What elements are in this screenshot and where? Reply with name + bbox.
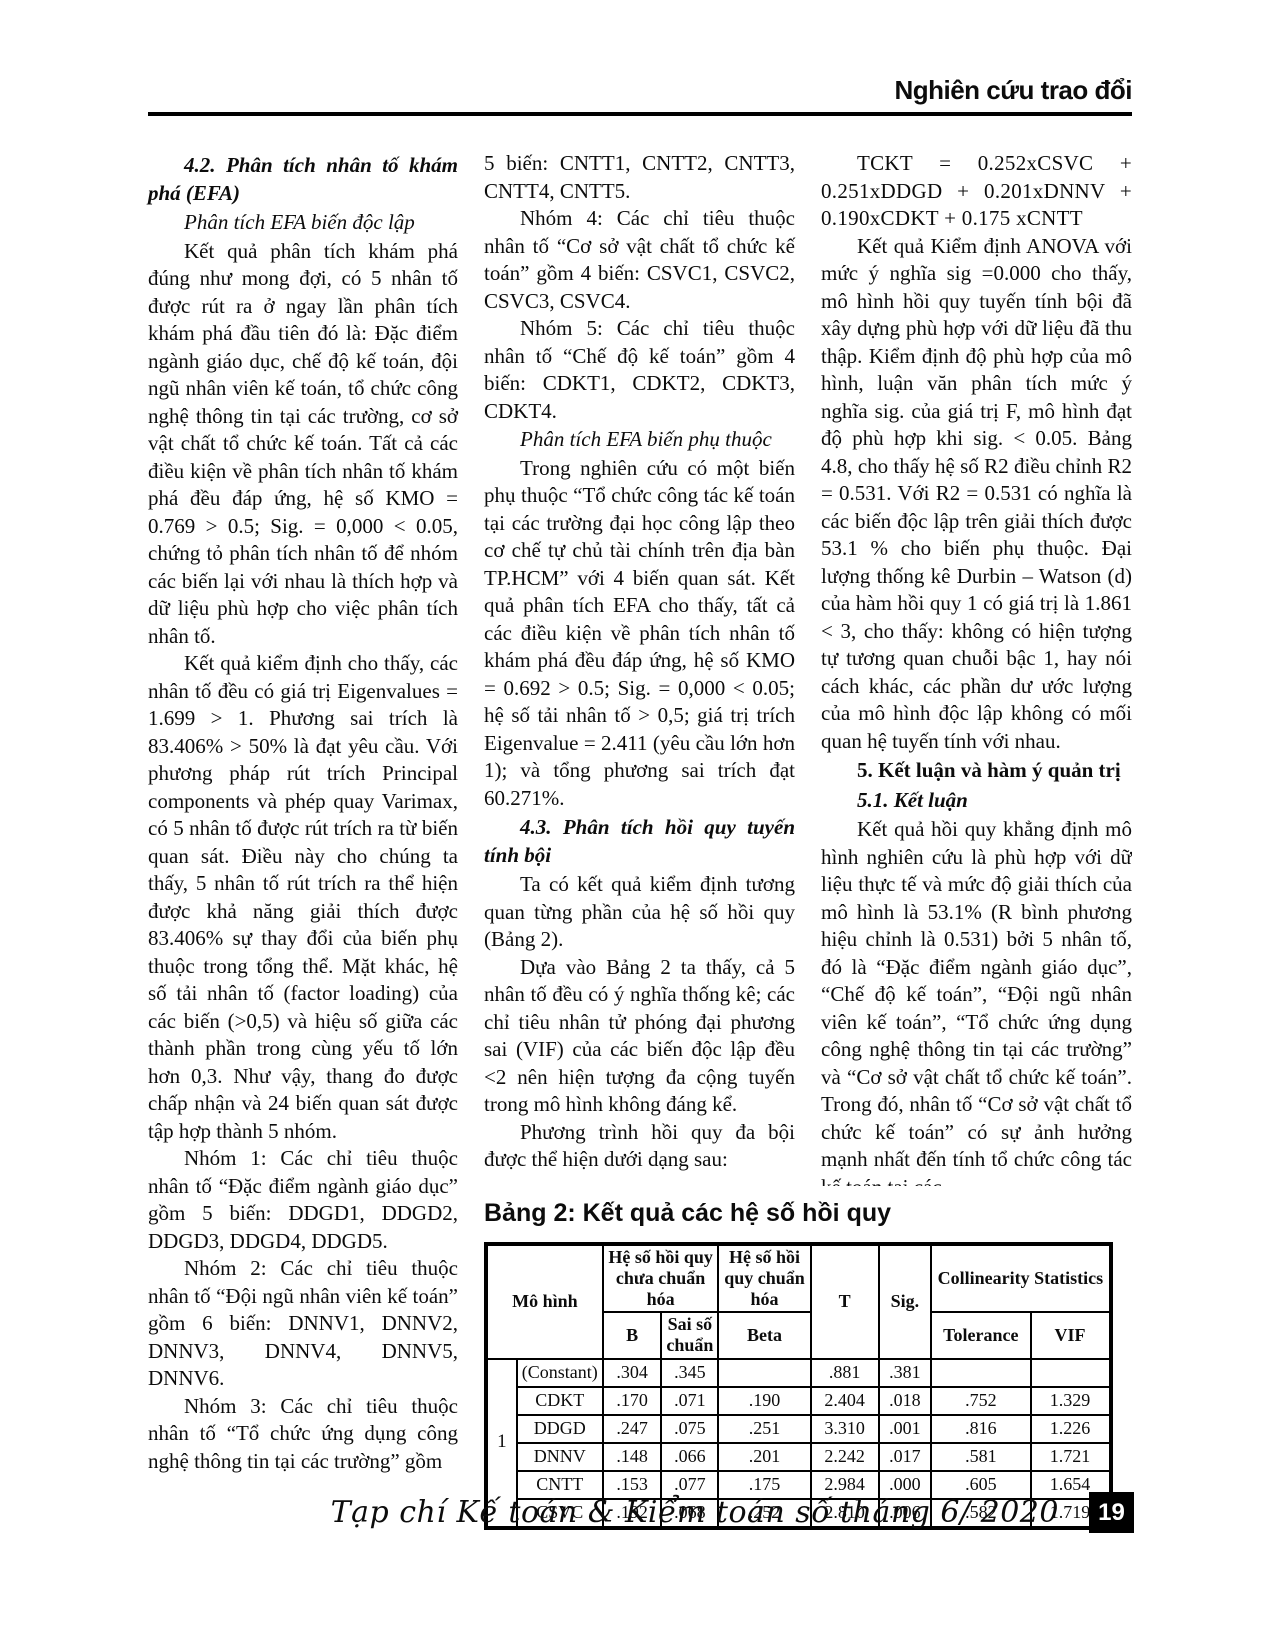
section-heading: 5.1. Kết luận bbox=[821, 787, 1132, 815]
header-model: Mô hình bbox=[486, 1244, 603, 1359]
page-number-badge: 19 bbox=[1089, 1492, 1134, 1533]
paragraph: Kết quả kiểm định cho thấy, các nhân tố … bbox=[148, 650, 458, 1145]
article-body: 4.2. Phân tích nhân tố khám phá (EFA)Phâ… bbox=[148, 150, 1132, 1530]
equation: TCKT = 0.252xCSVC + 0.251xDDGD + 0.201xD… bbox=[821, 150, 1132, 233]
cell-sig: .017 bbox=[879, 1443, 932, 1471]
journal-page: Nghiên cứu trao đổi 4.2. Phân tích nhân … bbox=[0, 0, 1274, 1649]
table-section: Bảng 2: Kết quả các hệ số hồi quy Mô hìn… bbox=[484, 1200, 1132, 1530]
paragraph: Kết quả Kiểm định ANOVA với mức ý nghĩa … bbox=[821, 233, 1132, 756]
cell-name: (Constant) bbox=[517, 1359, 603, 1387]
cell-se: .066 bbox=[661, 1443, 718, 1471]
section-heading: 4.3. Phân tích hồi quy tuyến tính bội bbox=[484, 814, 795, 869]
cell-beta: .201 bbox=[718, 1443, 810, 1471]
text-column-3: TCKT = 0.252xCSVC + 0.251xDDGD + 0.201xD… bbox=[821, 150, 1132, 1186]
cell-sig: .018 bbox=[879, 1387, 932, 1415]
paragraph: Phương trình hồi quy đa bội được thể hiệ… bbox=[484, 1119, 795, 1174]
paragraph: Ta có kết quả kiểm định tương quan từng … bbox=[484, 871, 795, 954]
header-sig: Sig. bbox=[879, 1244, 932, 1359]
paragraph: 5 biến: CNTT1, CNTT2, CNTT3, CNTT4, CNTT… bbox=[484, 150, 795, 205]
cell-vif: 1.329 bbox=[1031, 1387, 1111, 1415]
cell-se: .075 bbox=[661, 1415, 718, 1443]
header-rule bbox=[148, 112, 1132, 116]
header-b: B bbox=[603, 1312, 662, 1358]
cell-name: DNNV bbox=[517, 1443, 603, 1471]
table-row: CDKT.170.071.1902.404.018.7521.329 bbox=[486, 1387, 1111, 1415]
paragraph: Nhóm 5: Các chỉ tiêu thuộc nhân tố “Chế … bbox=[484, 315, 795, 425]
page-footer: Tạp chí Kế toán & Kiểm toán số tháng 6/ … bbox=[148, 1492, 1134, 1533]
right-region: 5 biến: CNTT1, CNTT2, CNTT3, CNTT4, CNTT… bbox=[484, 150, 1132, 1530]
cell-beta bbox=[718, 1359, 810, 1387]
cell-sig: .381 bbox=[879, 1359, 932, 1387]
sub-heading: Phân tích EFA biến độc lập bbox=[148, 209, 458, 237]
section-heading: 4.2. Phân tích nhân tố khám phá (EFA) bbox=[148, 152, 458, 207]
table-row: 1(Constant).304.345.881.381 bbox=[486, 1359, 1111, 1387]
cell-tolerance: .752 bbox=[931, 1387, 1030, 1415]
paragraph: Kết quả phân tích khám phá đúng như mong… bbox=[148, 238, 458, 651]
header-unstandardized: Hệ số hồi quy chưa chuẩn hóa bbox=[603, 1244, 719, 1313]
header-se: Sai số chuẩn bbox=[661, 1312, 718, 1358]
cell-b: .170 bbox=[603, 1387, 662, 1415]
running-head: Nghiên cứu trao đổi bbox=[148, 76, 1132, 105]
paragraph: Kết quả hồi quy khẳng định mô hình nghiê… bbox=[821, 816, 1132, 1186]
table-row: DDGD.247.075.2513.310.001.8161.226 bbox=[486, 1415, 1111, 1443]
header-beta: Beta bbox=[718, 1312, 810, 1358]
cell-name: DDGD bbox=[517, 1415, 603, 1443]
text-column-2: 5 biến: CNTT1, CNTT2, CNTT3, CNTT4, CNTT… bbox=[484, 150, 795, 1186]
section-heading: 5. Kết luận và hàm ý quản trị bbox=[821, 757, 1132, 785]
cell-t: .881 bbox=[811, 1359, 879, 1387]
paragraph: Trong nghiên cứu có một biến phụ thuộc “… bbox=[484, 455, 795, 813]
paragraph: Nhóm 1: Các chỉ tiêu thuộc nhân tố “Đặc … bbox=[148, 1145, 458, 1255]
regression-table: Mô hình Hệ số hồi quy chưa chuẩn hóa Hệ … bbox=[484, 1242, 1113, 1530]
text-column-1: 4.2. Phân tích nhân tố khám phá (EFA)Phâ… bbox=[148, 150, 458, 1530]
two-columns: 5 biến: CNTT1, CNTT2, CNTT3, CNTT4, CNTT… bbox=[484, 150, 1132, 1186]
cell-vif: 1.226 bbox=[1031, 1415, 1111, 1443]
cell-se: .345 bbox=[661, 1359, 718, 1387]
cell-tolerance: .581 bbox=[931, 1443, 1030, 1471]
header-tolerance: Tolerance bbox=[931, 1312, 1030, 1358]
paragraph: Nhóm 2: Các chỉ tiêu thuộc nhân tố “Đội … bbox=[148, 1255, 458, 1393]
cell-b: .247 bbox=[603, 1415, 662, 1443]
header-standardized: Hệ số hồi quy chuẩn hóa bbox=[718, 1244, 810, 1313]
header-collinearity: Collinearity Statistics bbox=[931, 1244, 1110, 1313]
header-vif: VIF bbox=[1031, 1312, 1111, 1358]
table-header: Mô hình Hệ số hồi quy chưa chuẩn hóa Hệ … bbox=[486, 1244, 1111, 1359]
cell-t: 2.242 bbox=[811, 1443, 879, 1471]
table-caption: Bảng 2: Kết quả các hệ số hồi quy bbox=[484, 1200, 1132, 1228]
cell-vif: 1.721 bbox=[1031, 1443, 1111, 1471]
sub-heading: Phân tích EFA biến phụ thuộc bbox=[484, 426, 795, 454]
cell-tolerance: .816 bbox=[931, 1415, 1030, 1443]
cell-sig: .001 bbox=[879, 1415, 932, 1443]
cell-t: 3.310 bbox=[811, 1415, 879, 1443]
cell-beta: .251 bbox=[718, 1415, 810, 1443]
header-t: T bbox=[811, 1244, 879, 1359]
cell-name: CDKT bbox=[517, 1387, 603, 1415]
cell-beta: .190 bbox=[718, 1387, 810, 1415]
paragraph: Dựa vào Bảng 2 ta thấy, cả 5 nhân tố đều… bbox=[484, 954, 795, 1119]
cell-se: .071 bbox=[661, 1387, 718, 1415]
page-header: Nghiên cứu trao đổi bbox=[148, 76, 1132, 116]
cell-t: 2.404 bbox=[811, 1387, 879, 1415]
cell-b: .148 bbox=[603, 1443, 662, 1471]
journal-title: Tạp chí Kế toán & Kiểm toán số tháng 6/ … bbox=[331, 1495, 1059, 1530]
table-row: DNNV.148.066.2012.242.017.5811.721 bbox=[486, 1443, 1111, 1471]
paragraph: Nhóm 3: Các chỉ tiêu thuộc nhân tố “Tổ c… bbox=[148, 1393, 458, 1476]
cell-vif bbox=[1031, 1359, 1111, 1387]
cell-b: .304 bbox=[603, 1359, 662, 1387]
paragraph: Nhóm 4: Các chỉ tiêu thuộc nhân tố “Cơ s… bbox=[484, 205, 795, 315]
cell-tolerance bbox=[931, 1359, 1030, 1387]
